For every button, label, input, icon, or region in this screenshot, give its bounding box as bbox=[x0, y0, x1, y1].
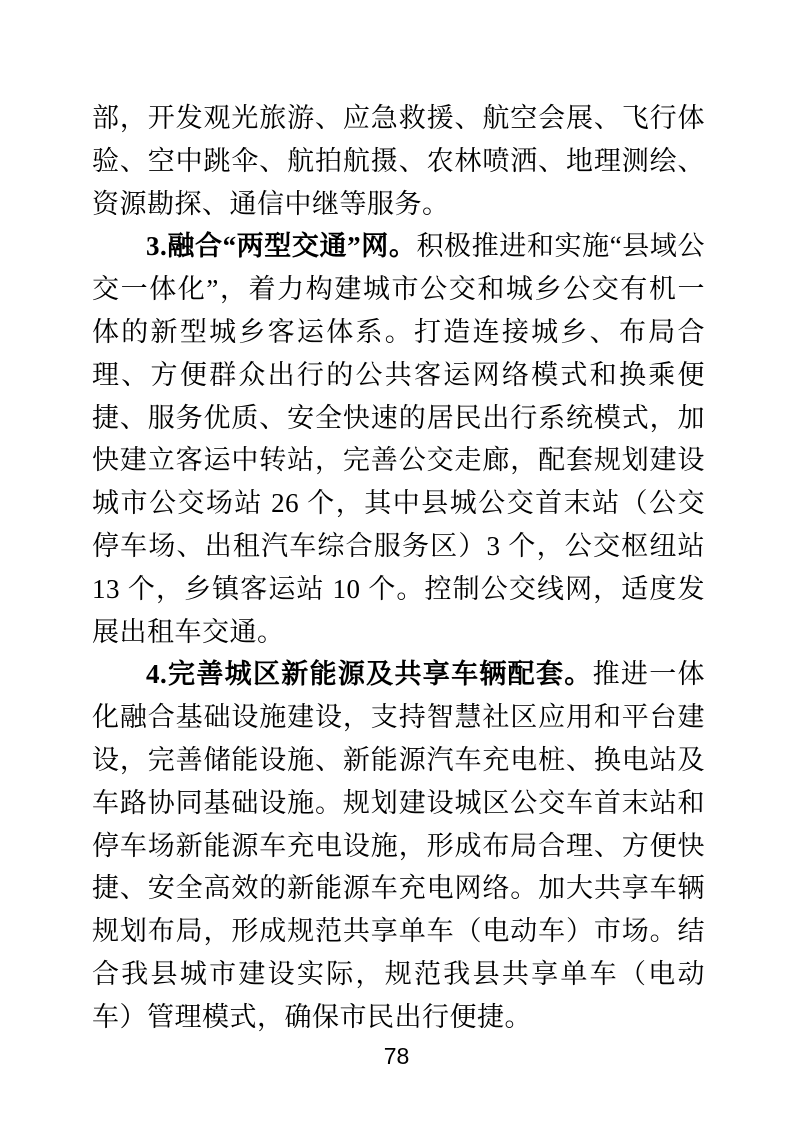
paragraph-text: 积极推进和实施“县域公交一体化”，着力构建城市公交和城乡公交有机一体的新型城乡客… bbox=[92, 231, 705, 646]
paragraph-text: 部，开发观光旅游、应急救援、航空会展、飞行体验、空中跳伞、航拍航摄、农林喷洒、地… bbox=[92, 103, 705, 219]
paragraph-continuation: 部，开发观光旅游、应急救援、航空会展、飞行体验、空中跳伞、航拍航摄、农林喷洒、地… bbox=[92, 97, 705, 225]
paragraph-heading: 3.融合“两型交通”网。 bbox=[146, 231, 416, 261]
document-body: 部，开发观光旅游、应急救援、航空会展、飞行体验、空中跳伞、航拍航摄、农林喷洒、地… bbox=[92, 97, 705, 1039]
document-page: 部，开发观光旅游、应急救援、航空会展、飞行体验、空中跳伞、航拍航摄、农林喷洒、地… bbox=[0, 0, 793, 1122]
paragraph-item-4: 4.完善城区新能源及共享车辆配套。推进一体化融合基础设施建设，支持智慧社区应用和… bbox=[92, 653, 705, 1038]
page-number: 78 bbox=[0, 1043, 793, 1069]
paragraph-text: 推进一体化融合基础设施建设，支持智慧社区应用和平台建设，完善储能设施、新能源汽车… bbox=[92, 659, 705, 1031]
paragraph-item-3: 3.融合“两型交通”网。积极推进和实施“县域公交一体化”，着力构建城市公交和城乡… bbox=[92, 225, 705, 653]
paragraph-heading: 4.完善城区新能源及共享车辆配套。 bbox=[146, 659, 593, 689]
